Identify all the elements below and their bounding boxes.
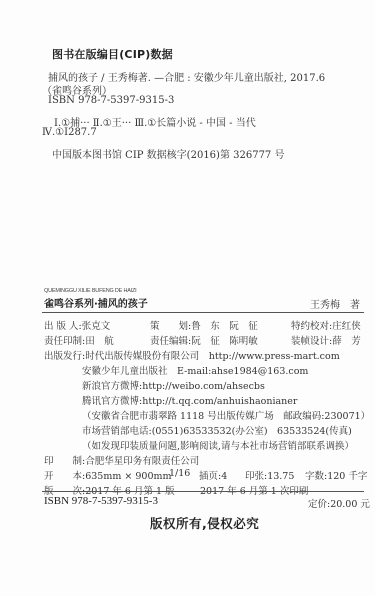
series-pinyin: QUEMINGGU XILIE BUFENG DE HAIZI: [44, 288, 137, 294]
fold-value: 1/16: [169, 468, 190, 479]
distributor-line: 出版发行:时代出版传媒股份有限公司 http://www.press-mart.…: [44, 348, 340, 362]
author-credit: 王秀梅 著: [310, 296, 360, 311]
publisher-email-line: 安徽少年儿童出版社 E-mail:ahse1984@163.com: [82, 363, 308, 377]
divider-top: [42, 312, 364, 313]
cip-heading: 图书在版编目(CIP)数据: [52, 46, 173, 62]
series-title: 雀鸣谷系列·捕风的孩子: [44, 295, 148, 310]
cip-classification-code: Ⅳ.①I287.7: [42, 127, 97, 138]
publisher-person: 出 版 人:张克文: [44, 318, 110, 332]
quality-notice-line: （如发现印装质量问题,影响阅读,请与本社市场营销部联系调换）: [82, 438, 354, 452]
editors-credit: 责任编辑:阮 征 陈明敏: [150, 333, 258, 347]
proofreading-credit: 特约校对:庄红侠: [291, 318, 361, 332]
design-credit: 装帧设计:薛 芳: [291, 333, 361, 347]
isbn-footer: ISBN 978-7-5397-9315-3: [44, 495, 158, 507]
phone-line: 市场营销部电话:(0551)63533532(办公室) 63533524(传真): [82, 423, 352, 437]
printing-line: 2017 年 6 月第 1 次印刷: [200, 483, 308, 497]
divider-bottom: [42, 491, 364, 492]
copyright-notice: 版权所有,侵权必究: [150, 514, 259, 532]
print-supervisor-credit: 责任印制:田 航: [44, 333, 114, 347]
format-line: 开 本:635mm × 900mm: [44, 468, 172, 482]
plates-value: 插页:4: [199, 468, 227, 482]
tencent-weibo-line: 腾讯官方微博:http://t.qq.com/anhuishaonianer: [82, 393, 297, 407]
address-line: （安徽省合肥市翡翠路 1118 号出版传媒广场 邮政编码:230071）: [82, 408, 370, 422]
words-value: 字数:120 千字: [305, 468, 367, 482]
cip-record-number: 中国版本图书馆 CIP 数据核字(2016)第 326777 号: [52, 146, 284, 161]
printer-line: 印 制:合肥华星印务有限责任公司: [44, 453, 199, 467]
sheets-value: 印张:13.75: [245, 468, 294, 482]
price: 定价:20.00 元: [308, 496, 370, 510]
planning-credit: 策 划:鲁 东 阮 征: [150, 318, 258, 332]
cip-isbn-line: ISBN 978-7-5397-9315-3: [48, 95, 174, 106]
sina-weibo-line: 新浪官方微博:http://weibo.com/ahsecbs: [82, 378, 265, 392]
